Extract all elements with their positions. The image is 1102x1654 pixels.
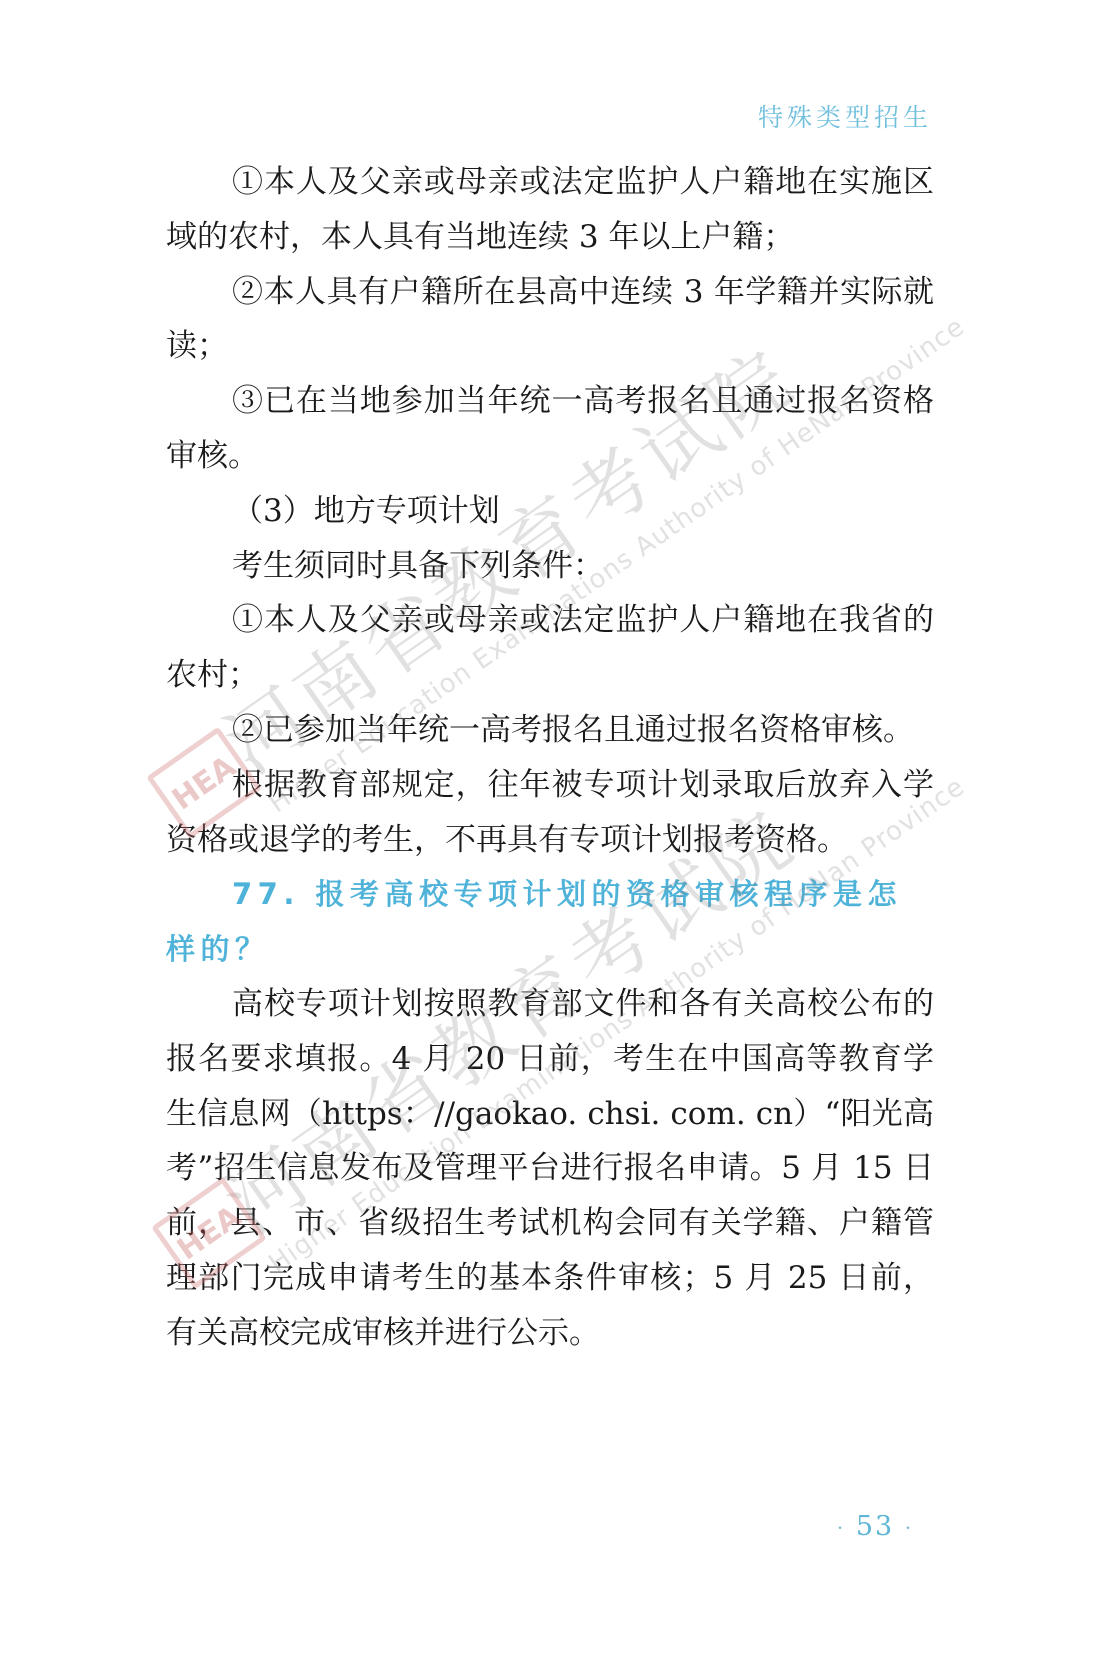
paragraph-condition-3: ③已在当地参加当年统一高考报名且通过报名资格审核。	[166, 374, 934, 484]
paragraph-answer: 高校专项计划按照教育部文件和各有关高校公布的报名要求填报。4 月 20 日前，考…	[166, 977, 934, 1361]
paragraph-condition-2: ②本人具有户籍所在县高中连续 3 年学籍并实际就读；	[166, 265, 934, 375]
page-number: · 53 ·	[0, 1511, 1102, 1542]
body-text: ①本人及父亲或母亲或法定监护人户籍地在实施区域的农村，本人具有当地连续 3 年以…	[166, 155, 934, 1361]
running-header: 特殊类型招生	[758, 98, 932, 134]
subsection-title: （3）地方专项计划	[166, 484, 934, 539]
paragraph-local-condition-1: ①本人及父亲或母亲或法定监护人户籍地在我省的农村；	[166, 593, 934, 703]
question-heading: 77. 报考高校专项计划的资格审核程序是怎样的？	[166, 867, 934, 977]
paragraph-condition-1: ①本人及父亲或母亲或法定监护人户籍地在实施区域的农村，本人具有当地连续 3 年以…	[166, 155, 934, 265]
paragraph-intro: 考生须同时具备下列条件：	[166, 539, 934, 594]
paragraph-regulation: 根据教育部规定，往年被专项计划录取后放弃入学资格或退学的考生，不再具有专项计划报…	[166, 758, 934, 868]
dot-right: ·	[905, 1516, 913, 1540]
dot-left: ·	[837, 1516, 845, 1540]
page-number-value: 53	[856, 1511, 894, 1542]
paragraph-local-condition-2: ②已参加当年统一高考报名且通过报名资格审核。	[166, 703, 934, 758]
